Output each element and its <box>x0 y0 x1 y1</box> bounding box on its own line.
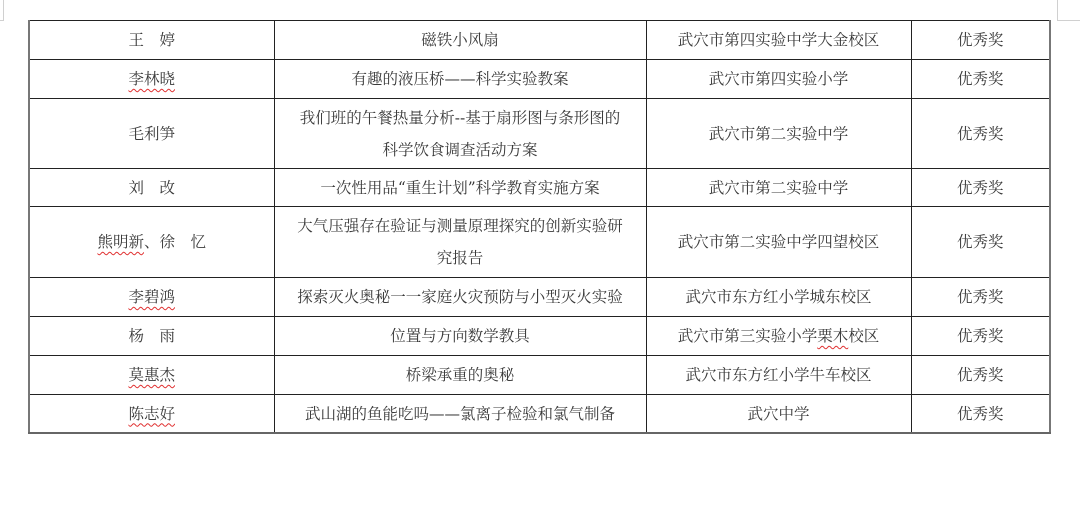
award-cell[interactable]: 优秀奖 <box>911 60 1050 99</box>
award-cell[interactable]: 优秀奖 <box>911 207 1050 278</box>
project-title-cell[interactable]: 桥梁承重的奥秘 <box>274 356 646 395</box>
school-text: 校区 <box>848 327 879 345</box>
award-cell[interactable]: 优秀奖 <box>911 356 1050 395</box>
page-corner-mark-top-left <box>0 0 4 21</box>
awards-table: 王 婷 磁铁小风扇 武穴市第四实验中学大金校区 优秀奖 李林晓 有趣的液压桥——… <box>28 20 1051 434</box>
project-title-cell[interactable]: 我们班的午餐热量分析--基于扇形图与条形图的 科学饮食调查活动方案 <box>274 99 646 169</box>
spellcheck-underlined-text: 熊明新 <box>97 233 144 251</box>
name-cell[interactable]: 刘 改 <box>29 169 274 207</box>
project-title-cell[interactable]: 磁铁小风扇 <box>274 21 646 60</box>
page-corner-mark-top-right <box>1057 0 1080 21</box>
award-cell[interactable]: 优秀奖 <box>911 395 1050 434</box>
project-title-cell[interactable]: 一次性用品“重生计划”科学教育实施方案 <box>274 169 646 207</box>
school-cell[interactable]: 武穴市第四实验中学大金校区 <box>646 21 911 60</box>
project-title-cell[interactable]: 大气压强存在验证与测量原理探究的创新实验研 究报告 <box>274 207 646 278</box>
spellcheck-underlined-text: 李碧鸿 <box>128 288 175 306</box>
award-cell[interactable]: 优秀奖 <box>911 21 1050 60</box>
project-title-cell[interactable]: 位置与方向数学教具 <box>274 317 646 356</box>
school-cell[interactable]: 武穴市东方红小学牛车校区 <box>646 356 911 395</box>
name-cell[interactable]: 李碧鸿 <box>29 278 274 317</box>
project-title-cell[interactable]: 探索灭火奥秘一一家庭火灾预防与小型灭火实验 <box>274 278 646 317</box>
school-cell[interactable]: 武穴中学 <box>646 395 911 434</box>
table-row: 杨 雨 位置与方向数学教具 武穴市第三实验小学栗木校区 优秀奖 <box>29 317 1050 356</box>
table-row: 刘 改 一次性用品“重生计划”科学教育实施方案 武穴市第二实验中学 优秀奖 <box>29 169 1050 207</box>
school-cell[interactable]: 武穴市第二实验中学 <box>646 99 911 169</box>
project-title-cell[interactable]: 武山湖的鱼能吃吗——氯离子检验和氯气制备 <box>274 395 646 434</box>
spellcheck-underlined-text: 李林晓 <box>128 70 175 88</box>
table-row: 莫惠杰 桥梁承重的奥秘 武穴市东方红小学牛车校区 优秀奖 <box>29 356 1050 395</box>
school-cell[interactable]: 武穴市东方红小学城东校区 <box>646 278 911 317</box>
award-cell[interactable]: 优秀奖 <box>911 169 1050 207</box>
school-text: 武穴市第三实验小学 <box>678 327 818 345</box>
name-cell[interactable]: 王 婷 <box>29 21 274 60</box>
award-cell[interactable]: 优秀奖 <box>911 278 1050 317</box>
school-cell[interactable]: 武穴市第二实验中学四望校区 <box>646 207 911 278</box>
spellcheck-underlined-text: 栗木 <box>817 327 848 345</box>
spellcheck-underlined-text: 陈志好 <box>128 405 175 423</box>
table-row: 李碧鸿 探索灭火奥秘一一家庭火灾预防与小型灭火实验 武穴市东方红小学城东校区 优… <box>29 278 1050 317</box>
project-title-line: 究报告 <box>281 242 640 274</box>
table-row: 李林晓 有趣的液压桥——科学实验教案 武穴市第四实验小学 优秀奖 <box>29 60 1050 99</box>
table-row: 熊明新、徐 忆 大气压强存在验证与测量原理探究的创新实验研 究报告 武穴市第二实… <box>29 207 1050 278</box>
name-text: 、徐 忆 <box>144 233 206 251</box>
school-cell[interactable]: 武穴市第二实验中学 <box>646 169 911 207</box>
project-title-cell[interactable]: 有趣的液压桥——科学实验教案 <box>274 60 646 99</box>
project-title-line: 科学饮食调查活动方案 <box>281 134 640 166</box>
project-title-line: 我们班的午餐热量分析--基于扇形图与条形图的 <box>281 102 640 134</box>
name-cell[interactable]: 毛利笋 <box>29 99 274 169</box>
name-cell[interactable]: 李林晓 <box>29 60 274 99</box>
school-cell[interactable]: 武穴市第四实验小学 <box>646 60 911 99</box>
table-row: 陈志好 武山湖的鱼能吃吗——氯离子检验和氯气制备 武穴中学 优秀奖 <box>29 395 1050 434</box>
table-row: 王 婷 磁铁小风扇 武穴市第四实验中学大金校区 优秀奖 <box>29 21 1050 60</box>
school-cell[interactable]: 武穴市第三实验小学栗木校区 <box>646 317 911 356</box>
award-cell[interactable]: 优秀奖 <box>911 99 1050 169</box>
award-cell[interactable]: 优秀奖 <box>911 317 1050 356</box>
name-cell[interactable]: 陈志好 <box>29 395 274 434</box>
spellcheck-underlined-text: 莫惠杰 <box>128 366 175 384</box>
table-row: 毛利笋 我们班的午餐热量分析--基于扇形图与条形图的 科学饮食调查活动方案 武穴… <box>29 99 1050 169</box>
project-title-line: 大气压强存在验证与测量原理探究的创新实验研 <box>281 210 640 242</box>
name-cell[interactable]: 熊明新、徐 忆 <box>29 207 274 278</box>
name-cell[interactable]: 杨 雨 <box>29 317 274 356</box>
name-cell[interactable]: 莫惠杰 <box>29 356 274 395</box>
